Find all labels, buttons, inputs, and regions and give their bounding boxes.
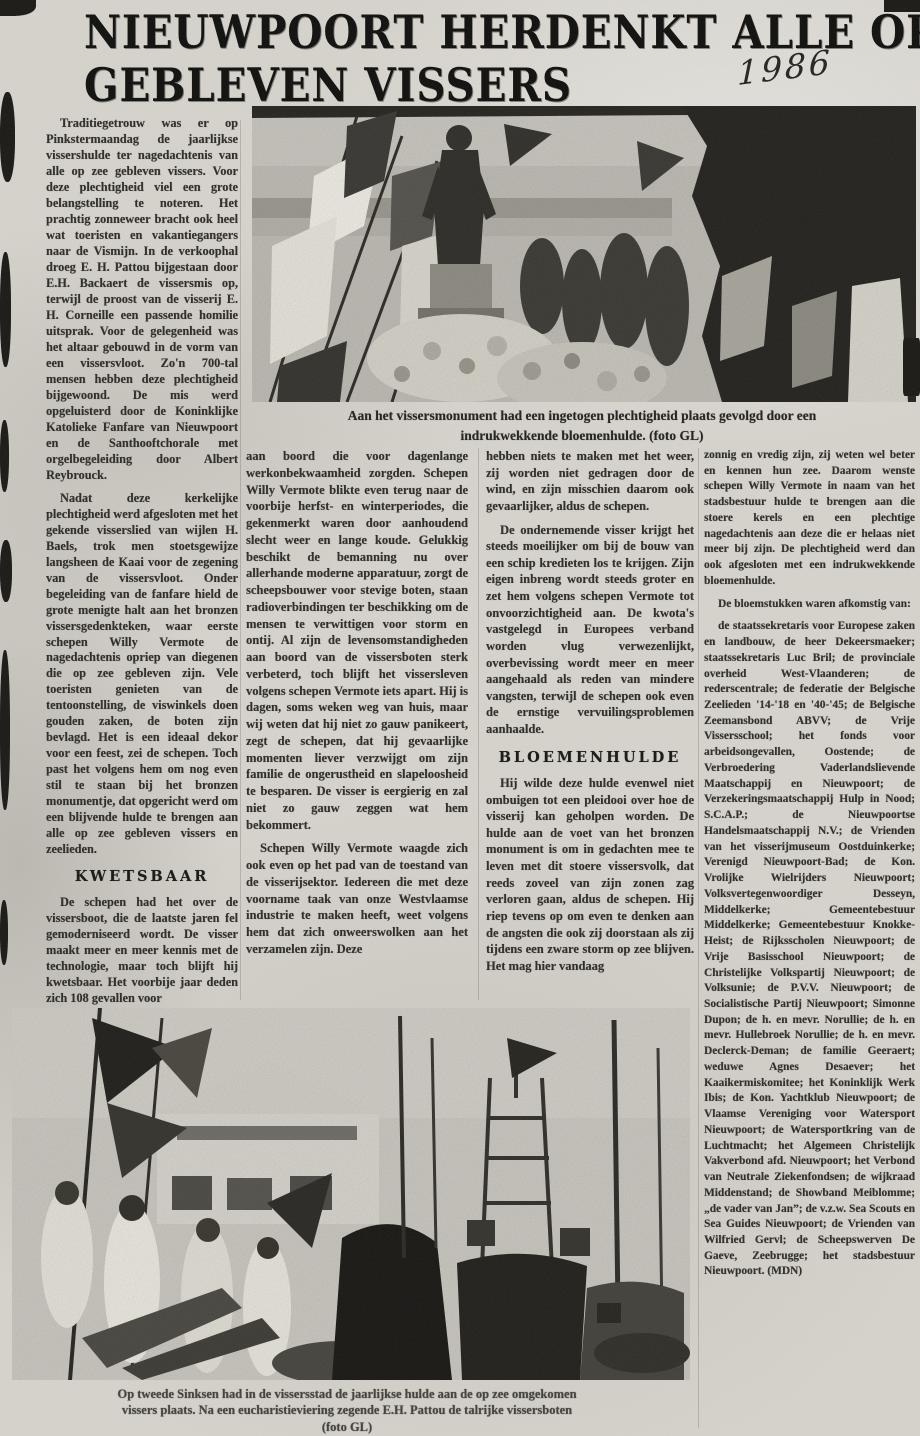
- paragraph: De ondernemende visser krijgt het steeds…: [486, 522, 694, 738]
- scan-smudge-left: [0, 0, 36, 16]
- paragraph: Hij wilde deze hulde evenwel niet ombuig…: [486, 775, 694, 975]
- article-column-4: zonnig en vredig zijn, zij weten wel bet…: [704, 448, 915, 1434]
- bottom-photo-harbour-blessing: [12, 1008, 690, 1380]
- column-rule: [698, 448, 699, 1428]
- article-column-1: Traditiegetrouw was er op Pinkstermaanda…: [46, 116, 238, 1008]
- bottom-caption-line3: (foto GL): [4, 1419, 690, 1435]
- paragraph: aan boord die voor dagenlange werkonbekw…: [246, 448, 468, 833]
- paragraph: De bloemstukken waren afkomstig van:: [704, 597, 915, 613]
- paragraph: De schepen had het over de vissersboot, …: [46, 895, 238, 1007]
- paragraph: Nadat deze kerkelijke plechtigheid werd …: [46, 491, 238, 859]
- paragraph: Schepen Willy Vermote waagde zich ook ev…: [246, 840, 468, 957]
- section-heading-bloemenhulde: BLOEMENHULDE: [486, 748, 694, 767]
- paragraph: Traditiegetrouw was er op Pinkstermaanda…: [46, 116, 238, 484]
- top-caption-line2: indrukwekkende bloemenhulde. (foto GL): [248, 426, 916, 446]
- scan-smudge-left: [0, 252, 11, 367]
- scan-smudge-left: [0, 900, 8, 965]
- article-column-2: aan boord die voor dagenlange werkonbekw…: [246, 448, 468, 1004]
- column-rule: [478, 448, 479, 1000]
- top-photo-monument-ceremony: [252, 106, 916, 402]
- section-heading-kwetsbaar: KWETSBAAR: [46, 868, 238, 887]
- newspaper-page: NIEUWPOORT HERDENKT ALLE OP ZEE GEBLEVEN…: [0, 0, 920, 1436]
- scan-smudge-left: [0, 420, 9, 492]
- scan-smudge-left: [0, 92, 15, 182]
- column-rule: [240, 120, 241, 1000]
- scan-smudge-left: [0, 540, 12, 602]
- paragraph: hebben niets te maken met het weer, zij …: [486, 448, 694, 515]
- top-photo-caption: Aan het vissersmonument had een ingetoge…: [248, 406, 916, 445]
- article-column-3: hebben niets te maken met het weer, zij …: [486, 448, 694, 1042]
- scan-smudge-left: [0, 650, 10, 810]
- scan-smudge-right: [884, 0, 920, 12]
- bottom-caption-line1: Op tweede Sinksen had in de vissersstad …: [4, 1386, 690, 1402]
- paragraph: de staatssekretaris voor Europese zaken …: [704, 619, 915, 1280]
- bottom-caption-line2: vissers plaats. Na een eucharistievierin…: [4, 1402, 690, 1418]
- top-caption-line1: Aan het vissersmonument had een ingetoge…: [248, 406, 916, 426]
- bottom-photo-illustration: [12, 1008, 690, 1380]
- scan-smudge-right: [903, 338, 920, 396]
- bottom-photo-caption: Op tweede Sinksen had in de vissersstad …: [4, 1386, 690, 1435]
- paragraph: zonnig en vredig zijn, zij weten wel bet…: [704, 448, 915, 590]
- top-photo-illustration: [252, 106, 916, 402]
